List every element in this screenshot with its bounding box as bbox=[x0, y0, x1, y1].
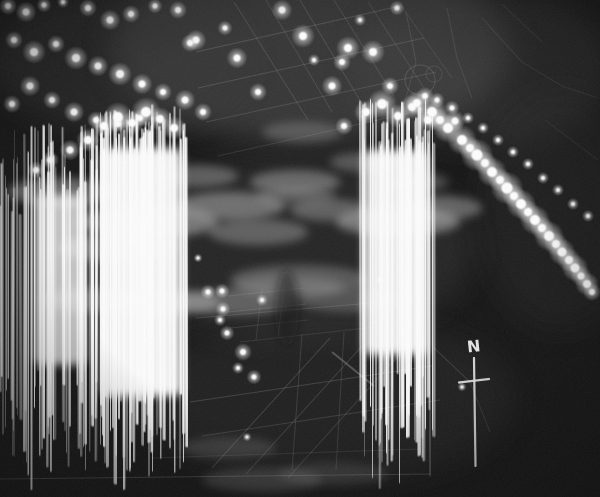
film-grain-overlay bbox=[0, 0, 600, 497]
photograph: N bbox=[0, 0, 600, 497]
photo-canvas: N bbox=[0, 0, 600, 497]
